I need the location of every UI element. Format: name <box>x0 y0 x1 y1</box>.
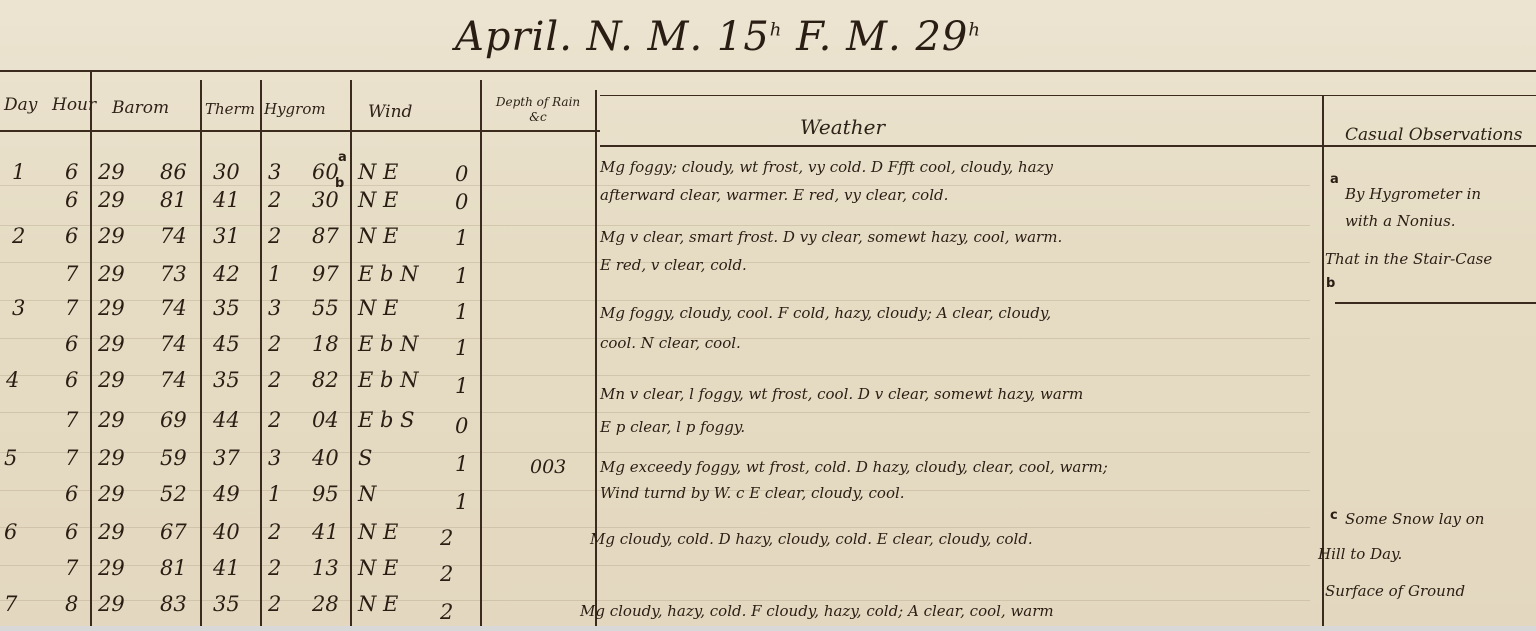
footnote-marker-b: b <box>1326 276 1335 291</box>
barom-inches-cell: 29 <box>98 446 125 470</box>
title-full-moon-sup: h <box>968 20 981 41</box>
hour-cell: 7 <box>65 556 78 580</box>
col-header-therm: Therm <box>205 100 255 118</box>
therm-cell: 37 <box>213 446 240 470</box>
weather-entry-line: Mg cloudy, cold. D hazy, cloudy, cold. E… <box>590 530 1033 548</box>
ruled-line <box>0 300 1310 301</box>
ruled-line <box>0 452 1310 453</box>
weather-entry-line: E p clear, l p foggy. <box>600 418 745 436</box>
wind-direction-cell: E b N <box>358 332 419 356</box>
weather-entry-line: Mg exceedy foggy, wt frost, cold. D hazy… <box>600 458 1108 476</box>
day-cell: 7 <box>4 592 17 616</box>
hygrom-a-cell: 2 <box>268 368 281 392</box>
hour-cell: 7 <box>65 446 78 470</box>
barom-decimal-cell: 74 <box>160 368 187 392</box>
col-header-casual-observations: Casual Observations <box>1345 125 1522 145</box>
wind-force-cell: 1 <box>455 336 468 360</box>
rain-depth-cell: 003 <box>530 456 566 478</box>
barom-inches-cell: 29 <box>98 296 125 320</box>
weather-entry-line: Mn v clear, l foggy, wt frost, cool. D v… <box>600 385 1083 403</box>
wind-force-cell: 1 <box>455 226 468 250</box>
wind-direction-cell: N E <box>358 296 398 320</box>
col-header-barom: Barom <box>112 98 169 118</box>
wind-force-cell: 2 <box>440 562 453 586</box>
barom-decimal-cell: 74 <box>160 224 187 248</box>
weather-entry-line: Wind turnd by W. c E clear, cloudy, cool… <box>600 484 905 502</box>
barom-inches-cell: 29 <box>98 482 125 506</box>
footnote-marker: b <box>335 176 344 191</box>
col-header-day: Day <box>4 95 37 115</box>
day-cell: 3 <box>12 296 25 320</box>
hygrom-b-cell: 30 <box>312 188 339 212</box>
hygrom-a-cell: 2 <box>268 188 281 212</box>
therm-cell: 45 <box>213 332 240 356</box>
barom-decimal-cell: 83 <box>160 592 187 616</box>
barom-inches-cell: 29 <box>98 224 125 248</box>
wind-direction-cell: N E <box>358 188 398 212</box>
therm-cell: 31 <box>213 224 240 248</box>
wind-direction-cell: N E <box>358 592 398 616</box>
barom-decimal-cell: 52 <box>160 482 187 506</box>
col-rule <box>595 90 597 631</box>
day-cell: 2 <box>12 224 25 248</box>
title-new-moon: N. M. 15 <box>587 14 770 60</box>
hygrom-b-cell: 18 <box>312 332 339 356</box>
col-rule <box>480 80 482 631</box>
wind-direction-cell: E b N <box>358 368 419 392</box>
note-a-line: with a Nonius. <box>1345 212 1456 230</box>
scan-edge <box>0 626 1536 631</box>
barom-decimal-cell: 74 <box>160 332 187 356</box>
day-cell: 5 <box>4 446 17 470</box>
barom-decimal-cell: 81 <box>160 188 187 212</box>
barom-inches-cell: 29 <box>98 262 125 286</box>
weather-entry-line: Mg foggy, cloudy, cool. F cold, hazy, cl… <box>600 304 1051 322</box>
hygrom-a-cell: 2 <box>268 408 281 432</box>
hour-cell: 7 <box>65 262 78 286</box>
col-header-weather: Weather <box>800 115 885 139</box>
note-b-line: That in the Stair-Case <box>1325 250 1492 268</box>
footnote-marker-c: c <box>1330 508 1338 523</box>
col-header-hour: Hour <box>52 95 96 115</box>
wind-force-cell: 0 <box>455 190 468 214</box>
hygrom-a-cell: 3 <box>268 160 281 184</box>
hygrom-b-cell: 82 <box>312 368 339 392</box>
barom-inches-cell: 29 <box>98 368 125 392</box>
hour-cell: 6 <box>65 332 78 356</box>
hygrom-a-cell: 1 <box>268 482 281 506</box>
hour-cell: 6 <box>65 368 78 392</box>
wind-force-cell: 1 <box>455 264 468 288</box>
hygrom-a-cell: 3 <box>268 446 281 470</box>
wind-direction-cell: S <box>358 446 372 470</box>
weather-entry-line: Mg foggy; cloudy, wt frost, vy cold. D F… <box>600 158 1053 176</box>
title-new-moon-sup: h <box>770 20 783 41</box>
weather-entry-line: afterward clear, warmer. E red, vy clear… <box>600 186 948 204</box>
barom-inches-cell: 29 <box>98 408 125 432</box>
title-full-moon: F. M. 29 <box>796 14 968 60</box>
col-header-depth-of-rain: Depth of Rain &c <box>488 95 588 125</box>
therm-cell: 35 <box>213 296 240 320</box>
col-rule <box>260 80 262 631</box>
barom-decimal-cell: 67 <box>160 520 187 544</box>
wind-direction-cell: E b S <box>358 408 415 432</box>
barom-inches-cell: 29 <box>98 160 125 184</box>
wind-direction-cell: N E <box>358 556 398 580</box>
ruled-line <box>0 225 1310 226</box>
hour-cell: 7 <box>65 408 78 432</box>
day-cell: 4 <box>6 368 19 392</box>
wind-force-cell: 1 <box>455 300 468 324</box>
note-c-line: Some Snow lay on <box>1345 510 1484 528</box>
ruled-line <box>0 527 1310 528</box>
hygrom-a-cell: 2 <box>268 592 281 616</box>
title-month: April. <box>455 14 573 60</box>
therm-cell: 42 <box>213 262 240 286</box>
note-divider <box>1335 302 1536 304</box>
barom-inches-cell: 29 <box>98 188 125 212</box>
wind-force-cell: 2 <box>440 526 453 550</box>
note-a-line: By Hygrometer in <box>1345 185 1481 203</box>
therm-cell: 44 <box>213 408 240 432</box>
wind-force-cell: 0 <box>455 414 468 438</box>
barom-decimal-cell: 86 <box>160 160 187 184</box>
footnote-marker: a <box>338 150 347 165</box>
footnote-marker-a: a <box>1330 172 1339 187</box>
barom-decimal-cell: 73 <box>160 262 187 286</box>
hygrom-b-cell: 95 <box>312 482 339 506</box>
col-rule <box>200 80 202 631</box>
weather-entry-line: cool. N clear, cool. <box>600 334 741 352</box>
hygrom-b-cell: 55 <box>312 296 339 320</box>
barom-inches-cell: 29 <box>98 556 125 580</box>
weather-entry-line: E red, v clear, cold. <box>600 256 747 274</box>
weather-entry-line: Mg cloudy, hazy, cold. F cloudy, hazy, c… <box>580 602 1054 620</box>
hour-cell: 6 <box>65 224 78 248</box>
col-rule <box>90 72 92 631</box>
hygrom-a-cell: 2 <box>268 520 281 544</box>
barom-decimal-cell: 74 <box>160 296 187 320</box>
hour-cell: 6 <box>65 520 78 544</box>
col-header-wind: Wind <box>368 102 412 122</box>
col-rule <box>350 80 352 631</box>
hour-cell: 6 <box>65 160 78 184</box>
hygrom-b-cell: 41 <box>312 520 339 544</box>
header-top-rule <box>0 70 1536 72</box>
therm-cell: 35 <box>213 592 240 616</box>
weather-header-rule <box>600 95 1536 96</box>
wind-direction-cell: N <box>358 482 376 506</box>
hygrom-b-cell: 87 <box>312 224 339 248</box>
hygrom-a-cell: 2 <box>268 332 281 356</box>
weather-entry-line: Mg v clear, smart frost. D vy clear, som… <box>600 228 1062 246</box>
therm-cell: 30 <box>213 160 240 184</box>
day-cell: 6 <box>4 520 17 544</box>
therm-cell: 41 <box>213 556 240 580</box>
hygrom-b-cell: 04 <box>312 408 339 432</box>
day-cell: 1 <box>12 160 25 184</box>
wind-direction-cell: E b N <box>358 262 419 286</box>
wind-force-cell: 1 <box>455 374 468 398</box>
hygrom-b-cell: 40 <box>312 446 339 470</box>
therm-cell: 41 <box>213 188 240 212</box>
barom-inches-cell: 29 <box>98 592 125 616</box>
note-c-line: Hill to Day. <box>1318 545 1402 563</box>
note-c-line: Surface of Ground <box>1325 582 1465 600</box>
hygrom-a-cell: 3 <box>268 296 281 320</box>
ruled-line <box>0 600 1310 601</box>
ruled-line <box>0 412 1310 413</box>
hygrom-b-cell: 97 <box>312 262 339 286</box>
barom-decimal-cell: 59 <box>160 446 187 470</box>
ruled-line <box>0 375 1310 376</box>
barom-decimal-cell: 81 <box>160 556 187 580</box>
hour-cell: 6 <box>65 482 78 506</box>
hygrom-a-cell: 2 <box>268 224 281 248</box>
wind-direction-cell: N E <box>358 224 398 248</box>
hygrom-a-cell: 1 <box>268 262 281 286</box>
col-header-hygrom: Hygrom <box>264 100 326 118</box>
wind-direction-cell: N E <box>358 520 398 544</box>
barom-decimal-cell: 69 <box>160 408 187 432</box>
therm-cell: 35 <box>213 368 240 392</box>
therm-cell: 40 <box>213 520 240 544</box>
hygrom-b-cell: 13 <box>312 556 339 580</box>
page-title: April. N. M. 15h F. M. 29h <box>455 14 981 60</box>
hour-cell: 7 <box>65 296 78 320</box>
header-bottom-rule-weather <box>600 145 1536 147</box>
ledger-page: April. N. M. 15h F. M. 29h Day Hour Baro… <box>0 0 1536 631</box>
therm-cell: 49 <box>213 482 240 506</box>
ruled-line <box>0 565 1310 566</box>
hour-cell: 8 <box>65 592 78 616</box>
wind-force-cell: 1 <box>455 490 468 514</box>
wind-direction-cell: N E <box>358 160 398 184</box>
hour-cell: 6 <box>65 188 78 212</box>
wind-force-cell: 1 <box>455 452 468 476</box>
hygrom-a-cell: 2 <box>268 556 281 580</box>
barom-inches-cell: 29 <box>98 520 125 544</box>
wind-force-cell: 2 <box>440 600 453 624</box>
hygrom-b-cell: 28 <box>312 592 339 616</box>
barom-inches-cell: 29 <box>98 332 125 356</box>
wind-force-cell: 0 <box>455 162 468 186</box>
